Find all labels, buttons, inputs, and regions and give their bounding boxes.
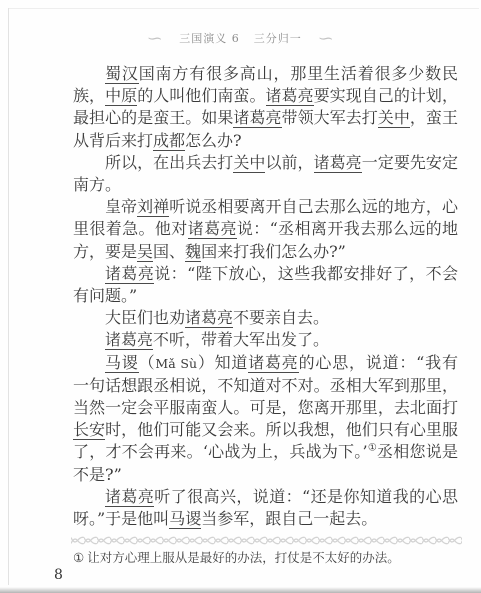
proper-noun: 刘禅 <box>137 197 169 217</box>
page-number: 8 <box>54 567 63 583</box>
proper-noun: 诸葛亮 <box>105 330 153 350</box>
text-run: 国、 <box>153 242 185 261</box>
footnote-marker: ① <box>73 550 84 565</box>
running-head: ∽三国演义 6三分归一∽ <box>0 30 481 47</box>
proper-noun: 关中 <box>233 153 265 173</box>
book-title: 三国演义 6 <box>179 32 240 45</box>
footnote: ①让对方心理上服从是最好的办法，打仗是不太好的办法。 <box>73 549 468 566</box>
story-text: 蜀汉国南方有很多高山，那里生活着很多少数民族，中原的人叫他们南蛮。诸葛亮要实现自… <box>73 63 458 530</box>
page-edge-left <box>8 8 9 585</box>
proper-noun: 诸葛亮 <box>105 487 154 507</box>
footnote-divider <box>71 536 462 545</box>
text-run: 以前， <box>265 153 313 172</box>
text-run: （ <box>139 353 156 372</box>
proper-noun: 马谡 <box>169 509 201 529</box>
proper-noun: 马谡 <box>105 353 139 373</box>
text-run: 国来打我们怎么办?” <box>201 242 346 261</box>
proper-noun: 吴 <box>137 242 153 262</box>
paragraph: 蜀汉国南方有很多高山，那里生活着很多少数民族，中原的人叫他们南蛮。诸葛亮要实现自… <box>73 63 458 152</box>
paragraph: 马谡（Mǎ Sù）知道诸葛亮的心思，说道：“我有一句话想跟丞相说，不知道对不对。… <box>73 352 458 486</box>
text-run: 皇帝 <box>105 197 137 216</box>
page-edge-top <box>8 8 479 9</box>
proper-noun: 诸葛亮 <box>188 219 237 239</box>
proper-noun: 诸葛亮 <box>105 264 154 284</box>
header-ornament-icon: ∽ <box>146 31 164 47</box>
header-ornament-icon: ∽ <box>317 31 335 47</box>
proper-noun: 诸葛亮 <box>185 308 233 328</box>
chapter-title: 三分归一 <box>254 32 302 45</box>
proper-noun: 成都 <box>153 131 185 151</box>
page-edge-bottom <box>0 587 481 593</box>
proper-noun: 诸葛亮 <box>248 353 298 373</box>
text-run: 不要亲自去。 <box>233 308 329 327</box>
proper-noun: 蜀汉 <box>105 64 139 84</box>
proper-noun: 诸葛亮 <box>233 108 281 128</box>
pinyin: Mǎ Sù <box>155 356 197 371</box>
paragraph: 诸葛亮不听，带着大军出发了。 <box>73 329 458 351</box>
paragraph: 诸葛亮听了很高兴，说道：“还是你知道我的心思呀。”于是他叫马谡当参军，跟自己一起… <box>73 486 458 530</box>
footnote-text: 让对方心理上服从是最好的办法，打仗是不太好的办法。 <box>87 550 400 565</box>
text-run: 当参军，跟自己一起去。 <box>201 509 377 528</box>
book-page: ∽三国演义 6三分归一∽ 蜀汉国南方有很多高山，那里生活着很多少数民族，中原的人… <box>0 0 481 593</box>
proper-noun: 关中 <box>378 108 410 128</box>
text-run: ）知道 <box>197 353 248 372</box>
proper-noun: 长安 <box>73 420 105 440</box>
footnote-ref: ① <box>368 443 377 454</box>
paragraph: 所以，在出兵去打关中以前，诸葛亮一定要先安定南方。 <box>73 152 458 196</box>
paragraph: 诸葛亮说：“陛下放心，这些我都安排好了，不会有问题。” <box>73 263 458 307</box>
text-run: 怎么办? <box>185 131 242 150</box>
proper-noun: 诸葛亮 <box>314 153 362 173</box>
proper-noun: 诸葛亮 <box>266 86 314 106</box>
proper-noun: 中原 <box>105 86 137 106</box>
text-run: 带领大军去打 <box>282 108 378 127</box>
text-run: 大臣们也劝 <box>105 308 185 327</box>
text-run: 不听，带着大军出发了。 <box>153 330 329 349</box>
paragraph: 大臣们也劝诸葛亮不要亲自去。 <box>73 307 458 329</box>
text-run: 的人叫他们南蛮。 <box>137 86 265 105</box>
proper-noun: 魏 <box>185 242 201 262</box>
paragraph: 皇帝刘禅听说丞相要离开自己去那么远的地方，心里很着急。他对诸葛亮说：“丞相离开我… <box>73 196 458 263</box>
text-run: 所以，在出兵去打 <box>105 153 233 172</box>
